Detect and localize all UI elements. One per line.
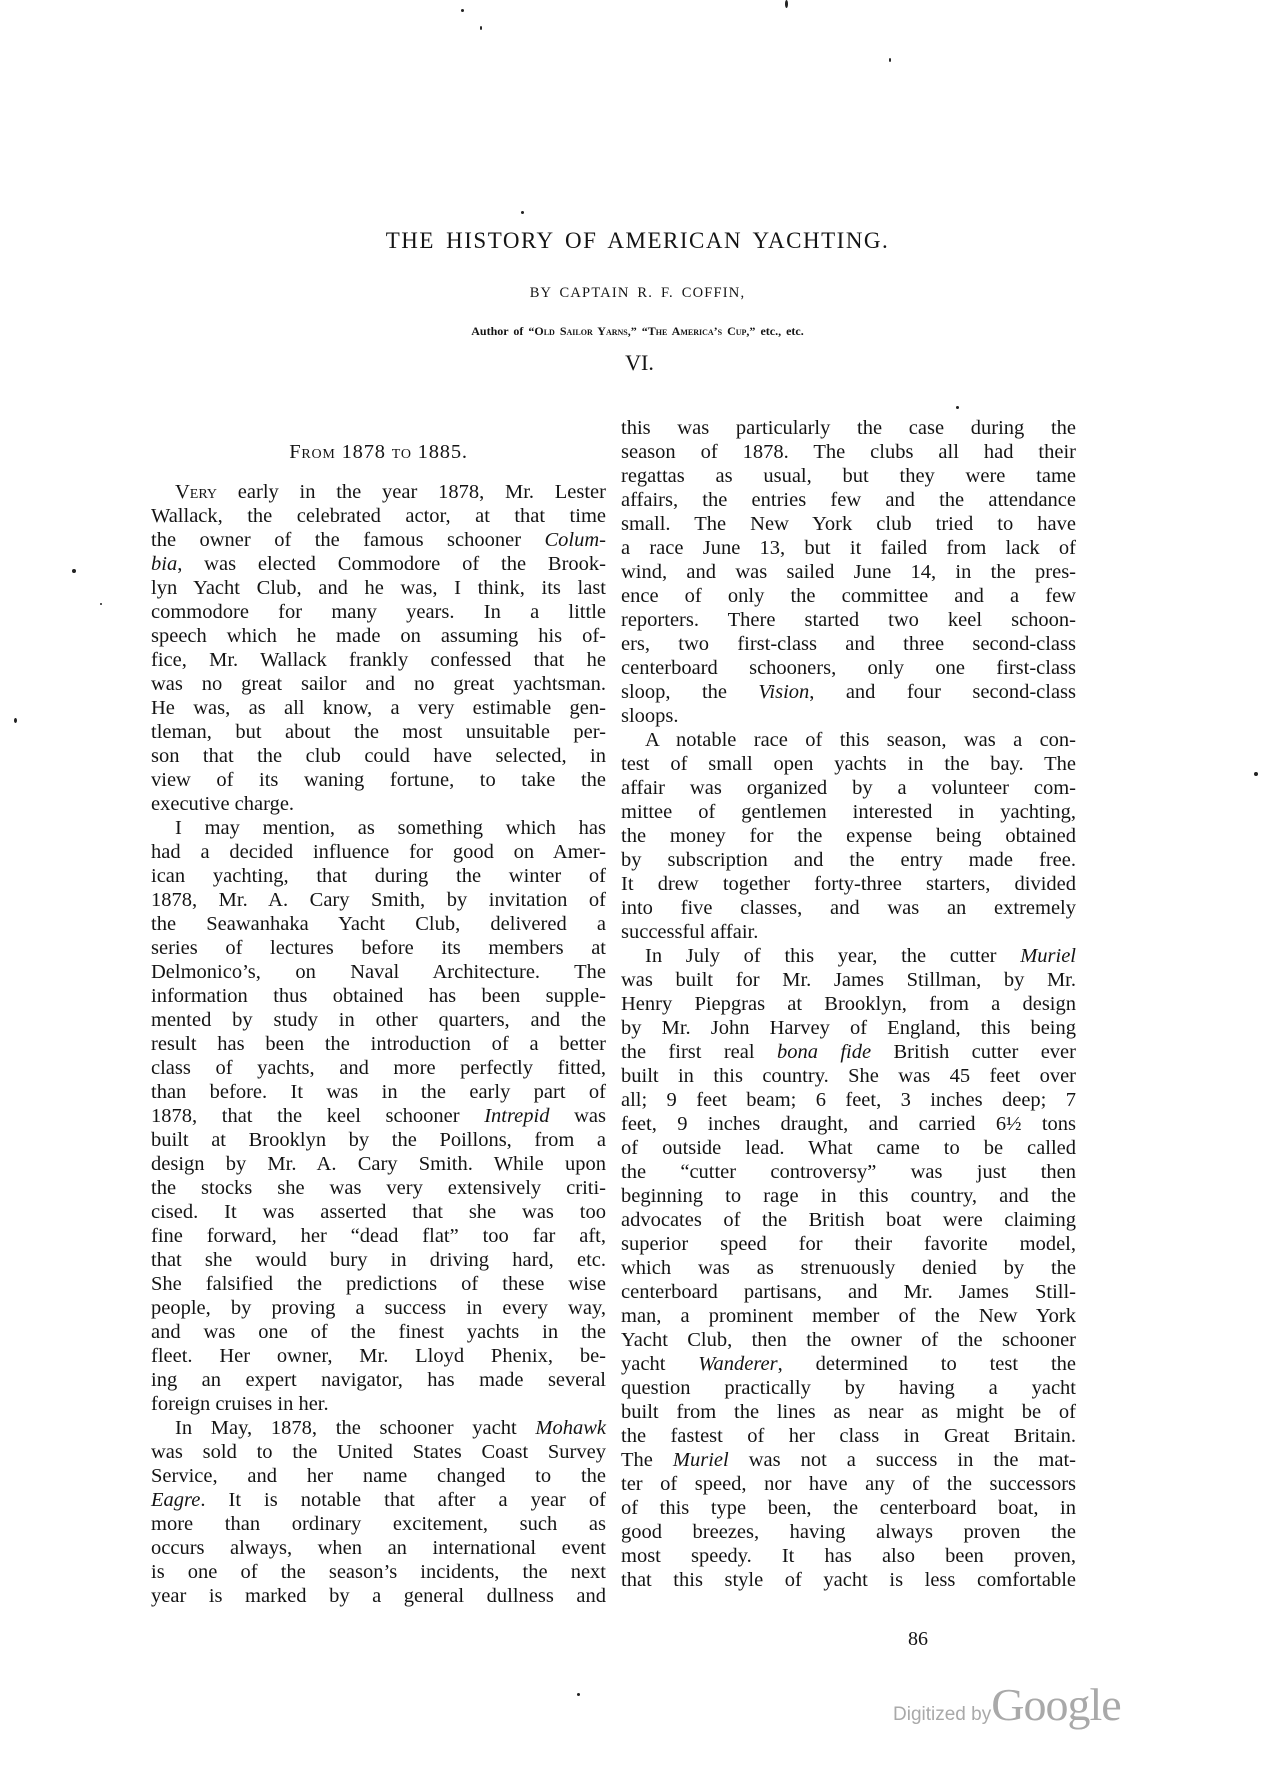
author-byline: BY CAPTAIN R. F. COFFIN, [0, 285, 1275, 302]
text-segment: series of lectures before its members at [151, 937, 606, 959]
text-line: foreign cruises in her. [151, 1392, 606, 1416]
text-segment: , was elected Commodore of the Brook- [177, 553, 606, 575]
google-logo: Google [991, 1679, 1120, 1730]
text-line: centerboard schooners, only one first-cl… [621, 656, 1076, 680]
text-segment: British cutter ever [871, 1041, 1076, 1063]
text-segment: small. The New York club tried to have [621, 513, 1076, 535]
text-segment: the first real [621, 1041, 777, 1063]
text-line: this was particularly the case during th… [621, 416, 1076, 440]
text-segment: built at Brooklyn by the Poillons, from … [151, 1129, 606, 1151]
italic-text: bia [151, 553, 177, 575]
text-line: executive charge. [151, 792, 606, 816]
text-segment: year is marked by a general dullness and [151, 1585, 606, 1607]
text-line: small. The New York club tried to have [621, 512, 1076, 536]
text-segment: was not a success in the mat- [729, 1449, 1076, 1471]
text-segment: lyn Yacht Club, and he was, I think, its… [151, 577, 606, 599]
text-segment: , and four second-class [809, 681, 1076, 703]
text-segment: season of 1878. The clubs all had their [621, 441, 1076, 463]
text-segment: centerboard schooners, only one first-cl… [621, 657, 1076, 679]
text-line: Wallack, the celebrated actor, at that t… [151, 504, 606, 528]
part-number: VI. [2, 350, 1275, 376]
italic-text: Muriel [1020, 945, 1076, 967]
text-segment: 1878, Mr. A. Cary Smith, by invitation o… [151, 889, 606, 911]
text-segment: affair was organized by a volunteer com- [621, 777, 1076, 799]
text-line: sloop, the Vision, and four second-class [621, 680, 1076, 704]
italic-text: Colum- [545, 529, 607, 551]
author-book-1: “Old Sailor Yarns,” [528, 324, 636, 338]
text-line: Delmonico’s, on Naval Architecture. The [151, 960, 606, 984]
text-segment: the money for the expense being obtained [621, 825, 1076, 847]
text-segment: occurs always, when an international eve… [151, 1537, 606, 1559]
text-line: advocates of the British boat were claim… [621, 1208, 1076, 1232]
text-segment: which was as strenuously denied by the [621, 1257, 1076, 1279]
text-line: design by Mr. A. Cary Smith. While upon [151, 1152, 606, 1176]
text-segment: It drew together forty-three starters, d… [621, 873, 1076, 895]
text-segment: Delmonico’s, on Naval Architecture. The [151, 961, 606, 983]
text-line: He was, as all know, a very estimable ge… [151, 696, 606, 720]
text-line: of this type been, the centerboard boat,… [621, 1496, 1076, 1520]
text-segment: all; 9 feet beam; 6 feet, 3 inches deep;… [621, 1089, 1076, 1111]
text-segment: ing an expert navigator, has made severa… [151, 1369, 606, 1391]
text-segment: the Seawanhaka Yacht Club, delivered a [151, 913, 606, 935]
text-segment: of this type been, the centerboard boat,… [621, 1497, 1076, 1519]
text-line: the Seawanhaka Yacht Club, delivered a [151, 912, 606, 936]
text-segment: fice, Mr. Wallack frankly confessed that… [151, 649, 606, 671]
text-line: the “cutter controversy” was just then [621, 1160, 1076, 1184]
text-line: was built for Mr. James Stillman, by Mr. [621, 968, 1076, 992]
text-line: Yacht Club, then the owner of the schoon… [621, 1328, 1076, 1352]
text-segment: was sold to the United States Coast Surv… [151, 1441, 606, 1463]
text-segment: good breezes, having always proven the [621, 1521, 1076, 1543]
text-line: bia, was elected Commodore of the Brook- [151, 552, 606, 576]
text-segment: test of small open yachts in the bay. Th… [621, 753, 1076, 775]
text-line: class of yachts, and more perfectly fitt… [151, 1056, 606, 1080]
text-segment: the owner of the famous schooner [151, 529, 545, 551]
text-line: view of its waning fortune, to take the [151, 768, 606, 792]
text-segment: tleman, but about the most unsuitable pe… [151, 721, 606, 743]
text-segment: the stocks she was very extensively crit… [151, 1177, 606, 1199]
text-segment: the “cutter controversy” was just then [621, 1161, 1076, 1183]
text-segment: than before. It was in the early part of [151, 1081, 606, 1103]
text-segment: ican yachting, that during the winter of [151, 865, 606, 887]
italic-text: Muriel [673, 1449, 729, 1471]
text-segment: fleet. Her owner, Mr. Lloyd Phenix, be- [151, 1345, 606, 1367]
text-segment: fine forward, her “dead flat” too far af… [151, 1225, 606, 1247]
text-line: the first real bona fide British cutter … [621, 1040, 1076, 1064]
right-column: this was particularly the case during th… [621, 416, 1076, 1592]
text-segment: I may mention, as something which has [175, 817, 606, 839]
text-line: the money for the expense being obtained [621, 824, 1076, 848]
text-line: is one of the season’s incidents, the ne… [151, 1560, 606, 1584]
text-line: regattas as usual, but they were tame [621, 464, 1076, 488]
text-line: sloops. [621, 704, 1076, 728]
text-segment: had a decided influence for good on Amer… [151, 841, 606, 863]
text-line: good breezes, having always proven the [621, 1520, 1076, 1544]
text-segment: Henry Piepgras at Brooklyn, from a desig… [621, 993, 1076, 1015]
text-line: was sold to the United States Coast Surv… [151, 1440, 606, 1464]
text-line: by Mr. John Harvey of England, this bein… [621, 1016, 1076, 1040]
author-prefix: Author of [471, 324, 528, 338]
text-line: of outside lead. What came to be called [621, 1136, 1076, 1160]
text-line: season of 1878. The clubs all had their [621, 440, 1076, 464]
text-segment: is one of the season’s incidents, the ne… [151, 1561, 606, 1583]
text-line: fine forward, her “dead flat” too far af… [151, 1224, 606, 1248]
text-segment: beginning to rage in this country, and t… [621, 1185, 1076, 1207]
text-segment: Yacht Club, then the owner of the schoon… [621, 1329, 1076, 1351]
text-line: 1878, that the keel schooner Intrepid wa… [151, 1104, 606, 1128]
text-segment: Service, and her name changed to the [151, 1465, 606, 1487]
text-line: tleman, but about the most unsuitable pe… [151, 720, 606, 744]
text-line: affair was organized by a volunteer com- [621, 776, 1076, 800]
book-page: THE HISTORY OF AMERICAN YACHTING. BY CAP… [0, 0, 1275, 1778]
scan-speck [956, 406, 959, 409]
text-segment: centerboard partisans, and Mr. James Sti… [621, 1281, 1076, 1303]
text-line: centerboard partisans, and Mr. James Sti… [621, 1280, 1076, 1304]
italic-text: Intrepid [484, 1105, 549, 1127]
text-segment: cised. It was asserted that she was too [151, 1201, 606, 1223]
text-segment: yacht [621, 1353, 698, 1375]
text-segment: question practically by having a yacht [621, 1377, 1076, 1399]
text-line: reporters. There started two keel schoon… [621, 608, 1076, 632]
text-line: the fastest of her class in Great Britai… [621, 1424, 1076, 1448]
text-segment: In July of this year, the cutter [645, 945, 1020, 967]
text-line: man, a prominent member of the New York [621, 1304, 1076, 1328]
page-number: 86 [908, 1628, 928, 1651]
scan-speck [785, 0, 788, 8]
text-segment: foreign cruises in her. [151, 1393, 329, 1415]
text-segment: , determined to test the [778, 1353, 1076, 1375]
text-segment: more than ordinary excitement, such as [151, 1513, 606, 1535]
text-line: Eagre. It is notable that after a year o… [151, 1488, 606, 1512]
text-segment: affairs, the entries few and the attenda… [621, 489, 1076, 511]
text-line: had a decided influence for good on Amer… [151, 840, 606, 864]
text-line: most speedy. It has also been proven, [621, 1544, 1076, 1568]
author-book-2: “The America’s Cup,” [642, 324, 756, 338]
text-line: built at Brooklyn by the Poillons, from … [151, 1128, 606, 1152]
text-line: that she would bury in driving hard, etc… [151, 1248, 606, 1272]
text-line: ican yachting, that during the winter of [151, 864, 606, 888]
text-segment: A notable race of this season, was a con… [645, 729, 1076, 751]
text-line: In May, 1878, the schooner yacht Mohawk [151, 1416, 606, 1440]
text-line: She falsified the predictions of these w… [151, 1272, 606, 1296]
text-segment: Very [175, 481, 217, 503]
text-segment: built from the lines as near as might be… [621, 1401, 1076, 1423]
text-segment: wind, and was sailed June 14, in the pre… [621, 561, 1076, 583]
text-line: ter of speed, nor have any of the succes… [621, 1472, 1076, 1496]
text-segment: man, a prominent member of the New York [621, 1305, 1076, 1327]
text-line: 1878, Mr. A. Cary Smith, by invitation o… [151, 888, 606, 912]
text-segment: feet, 9 inches draught, and carried 6½ t… [621, 1113, 1076, 1135]
text-segment: She falsified the predictions of these w… [151, 1273, 606, 1295]
text-segment: a race June 13, but it failed from lack … [621, 537, 1076, 559]
text-segment: . It is notable that after a year of [200, 1489, 606, 1511]
section-heading: From 1878 to 1885. [151, 440, 606, 464]
text-segment: this was particularly the case during th… [621, 417, 1076, 439]
text-segment: view of its waning fortune, to take the [151, 769, 606, 791]
text-line: ing an expert navigator, has made severa… [151, 1368, 606, 1392]
text-segment: sloop, the [621, 681, 758, 703]
text-line: Henry Piepgras at Brooklyn, from a desig… [621, 992, 1076, 1016]
text-line: I may mention, as something which has [151, 816, 606, 840]
text-line: fleet. Her owner, Mr. Lloyd Phenix, be- [151, 1344, 606, 1368]
text-line: fice, Mr. Wallack frankly confessed that… [151, 648, 606, 672]
text-line: built in this country. She was 45 feet o… [621, 1064, 1076, 1088]
text-line: commodore for many years. In a little [151, 600, 606, 624]
text-line: that this style of yacht is less comfort… [621, 1568, 1076, 1592]
scan-speck [889, 58, 891, 62]
text-line: speech which he made on assuming his of- [151, 624, 606, 648]
text-segment: of outside lead. What came to be called [621, 1137, 1076, 1159]
text-line: and was one of the finest yachts in the [151, 1320, 606, 1344]
text-line: In July of this year, the cutter Muriel [621, 944, 1076, 968]
text-line: wind, and was sailed June 14, in the pre… [621, 560, 1076, 584]
text-segment: ence of only the committee and a few [621, 585, 1076, 607]
text-line: mented by study in other quarters, and t… [151, 1008, 606, 1032]
italic-text: Eagre [151, 1489, 200, 1511]
scan-speck [480, 26, 482, 30]
text-segment: successful affair. [621, 921, 758, 943]
digitized-watermark: Digitized byGoogle [893, 1678, 1121, 1731]
text-line: beginning to rage in this country, and t… [621, 1184, 1076, 1208]
text-segment: advocates of the British boat were claim… [621, 1209, 1076, 1231]
text-segment: He was, as all know, a very estimable ge… [151, 697, 606, 719]
text-line: It drew together forty-three starters, d… [621, 872, 1076, 896]
author-credits: Author of “Old Sailor Yarns,” “The Ameri… [0, 324, 1275, 339]
text-line: by subscription and the entry made free. [621, 848, 1076, 872]
text-segment: In May, 1878, the schooner yacht [175, 1417, 535, 1439]
text-line: feet, 9 inches draught, and carried 6½ t… [621, 1112, 1076, 1136]
text-line: ence of only the committee and a few [621, 584, 1076, 608]
right-column-lines: this was particularly the case during th… [621, 416, 1076, 1592]
text-line: son that the club could have selected, i… [151, 744, 606, 768]
text-segment: mented by study in other quarters, and t… [151, 1009, 606, 1031]
text-line: which was as strenuously denied by the [621, 1256, 1076, 1280]
left-column-lines: Very early in the year 1878, Mr. LesterW… [151, 480, 606, 1608]
text-line: result has been the introduction of a be… [151, 1032, 606, 1056]
text-segment: built in this country. She was 45 feet o… [621, 1065, 1076, 1087]
text-line: all; 9 feet beam; 6 feet, 3 inches deep;… [621, 1088, 1076, 1112]
text-line: a race June 13, but it failed from lack … [621, 536, 1076, 560]
text-segment: regattas as usual, but they were tame [621, 465, 1076, 487]
text-line: Very early in the year 1878, Mr. Lester [151, 480, 606, 504]
watermark-prefix: Digitized by [893, 1704, 991, 1725]
text-segment: Wallack, the celebrated actor, at that t… [151, 505, 606, 527]
text-line: yacht Wanderer, determined to test the [621, 1352, 1076, 1376]
text-line: lyn Yacht Club, and he was, I think, its… [151, 576, 606, 600]
text-segment: result has been the introduction of a be… [151, 1033, 606, 1055]
text-segment: class of yachts, and more perfectly fitt… [151, 1057, 606, 1079]
text-segment: was built for Mr. James Stillman, by Mr. [621, 969, 1076, 991]
text-segment: design by Mr. A. Cary Smith. While upon [151, 1153, 606, 1175]
text-line: more than ordinary excitement, such as [151, 1512, 606, 1536]
text-segment: by subscription and the entry made free. [621, 849, 1076, 871]
text-line: The Muriel was not a success in the mat- [621, 1448, 1076, 1472]
text-segment: 1878, that the keel schooner [151, 1105, 484, 1127]
text-line: successful affair. [621, 920, 1076, 944]
text-line: information thus obtained has been suppl… [151, 984, 606, 1008]
text-segment: executive charge. [151, 793, 294, 815]
text-line: question practically by having a yacht [621, 1376, 1076, 1400]
text-segment: mittee of gentlemen interested in yachti… [621, 801, 1076, 823]
text-segment: that she would bury in driving hard, etc… [151, 1249, 606, 1271]
text-segment: ter of speed, nor have any of the succes… [621, 1473, 1076, 1495]
scan-speck [72, 569, 76, 573]
text-segment: information thus obtained has been suppl… [151, 985, 606, 1007]
scan-speck [521, 211, 524, 214]
text-line: built from the lines as near as might be… [621, 1400, 1076, 1424]
text-line: the owner of the famous schooner Colum- [151, 528, 606, 552]
text-line: A notable race of this season, was a con… [621, 728, 1076, 752]
text-line: Service, and her name changed to the [151, 1464, 606, 1488]
text-segment: early in the year 1878, Mr. Lester [217, 481, 606, 503]
text-line: mittee of gentlemen interested in yachti… [621, 800, 1076, 824]
text-segment: The [621, 1449, 673, 1471]
text-segment: sloops. [621, 705, 679, 727]
article-title: THE HISTORY OF AMERICAN YACHTING. [0, 228, 1275, 254]
text-line: than before. It was in the early part of [151, 1080, 606, 1104]
italic-text: bona fide [777, 1041, 871, 1063]
scan-speck [461, 9, 464, 12]
text-segment: into five classes, and was an extremely [621, 897, 1076, 919]
text-line: occurs always, when an international eve… [151, 1536, 606, 1560]
text-line: series of lectures before its members at [151, 936, 606, 960]
text-line: into five classes, and was an extremely [621, 896, 1076, 920]
text-line: year is marked by a general dullness and [151, 1584, 606, 1608]
scan-speck [100, 603, 102, 605]
text-segment: was no great sailor and no great yachtsm… [151, 673, 606, 695]
text-line: affairs, the entries few and the attenda… [621, 488, 1076, 512]
text-segment: by Mr. John Harvey of England, this bein… [621, 1017, 1076, 1039]
text-line: cised. It was asserted that she was too [151, 1200, 606, 1224]
author-suffix: etc., etc. [755, 324, 803, 338]
text-line: ers, two first-class and three second-cl… [621, 632, 1076, 656]
text-segment: most speedy. It has also been proven, [621, 1545, 1076, 1567]
left-column: From 1878 to 1885. Very early in the yea… [151, 440, 606, 1608]
text-segment: commodore for many years. In a little [151, 601, 606, 623]
text-segment: and was one of the finest yachts in the [151, 1321, 606, 1343]
text-line: people, by proving a success in every wa… [151, 1296, 606, 1320]
text-segment: was [549, 1105, 606, 1127]
text-segment: reporters. There started two keel schoon… [621, 609, 1076, 631]
text-segment: speech which he made on assuming his of- [151, 625, 606, 647]
italic-text: Vision [758, 681, 809, 703]
text-segment: that this style of yacht is less comfort… [621, 1569, 1076, 1591]
text-line: the stocks she was very extensively crit… [151, 1176, 606, 1200]
text-segment: people, by proving a success in every wa… [151, 1297, 606, 1319]
text-segment: superior speed for their favorite model, [621, 1233, 1076, 1255]
text-segment: ers, two first-class and three second-cl… [621, 633, 1076, 655]
scan-speck [1254, 772, 1258, 776]
text-line: was no great sailor and no great yachtsm… [151, 672, 606, 696]
text-segment: the fastest of her class in Great Britai… [621, 1425, 1076, 1447]
text-segment: son that the club could have selected, i… [151, 745, 606, 767]
text-line: test of small open yachts in the bay. Th… [621, 752, 1076, 776]
italic-text: Mohawk [535, 1417, 606, 1439]
scan-speck [577, 1693, 580, 1696]
scan-speck [14, 718, 17, 723]
text-line: superior speed for their favorite model, [621, 1232, 1076, 1256]
italic-text: Wanderer [698, 1353, 777, 1375]
